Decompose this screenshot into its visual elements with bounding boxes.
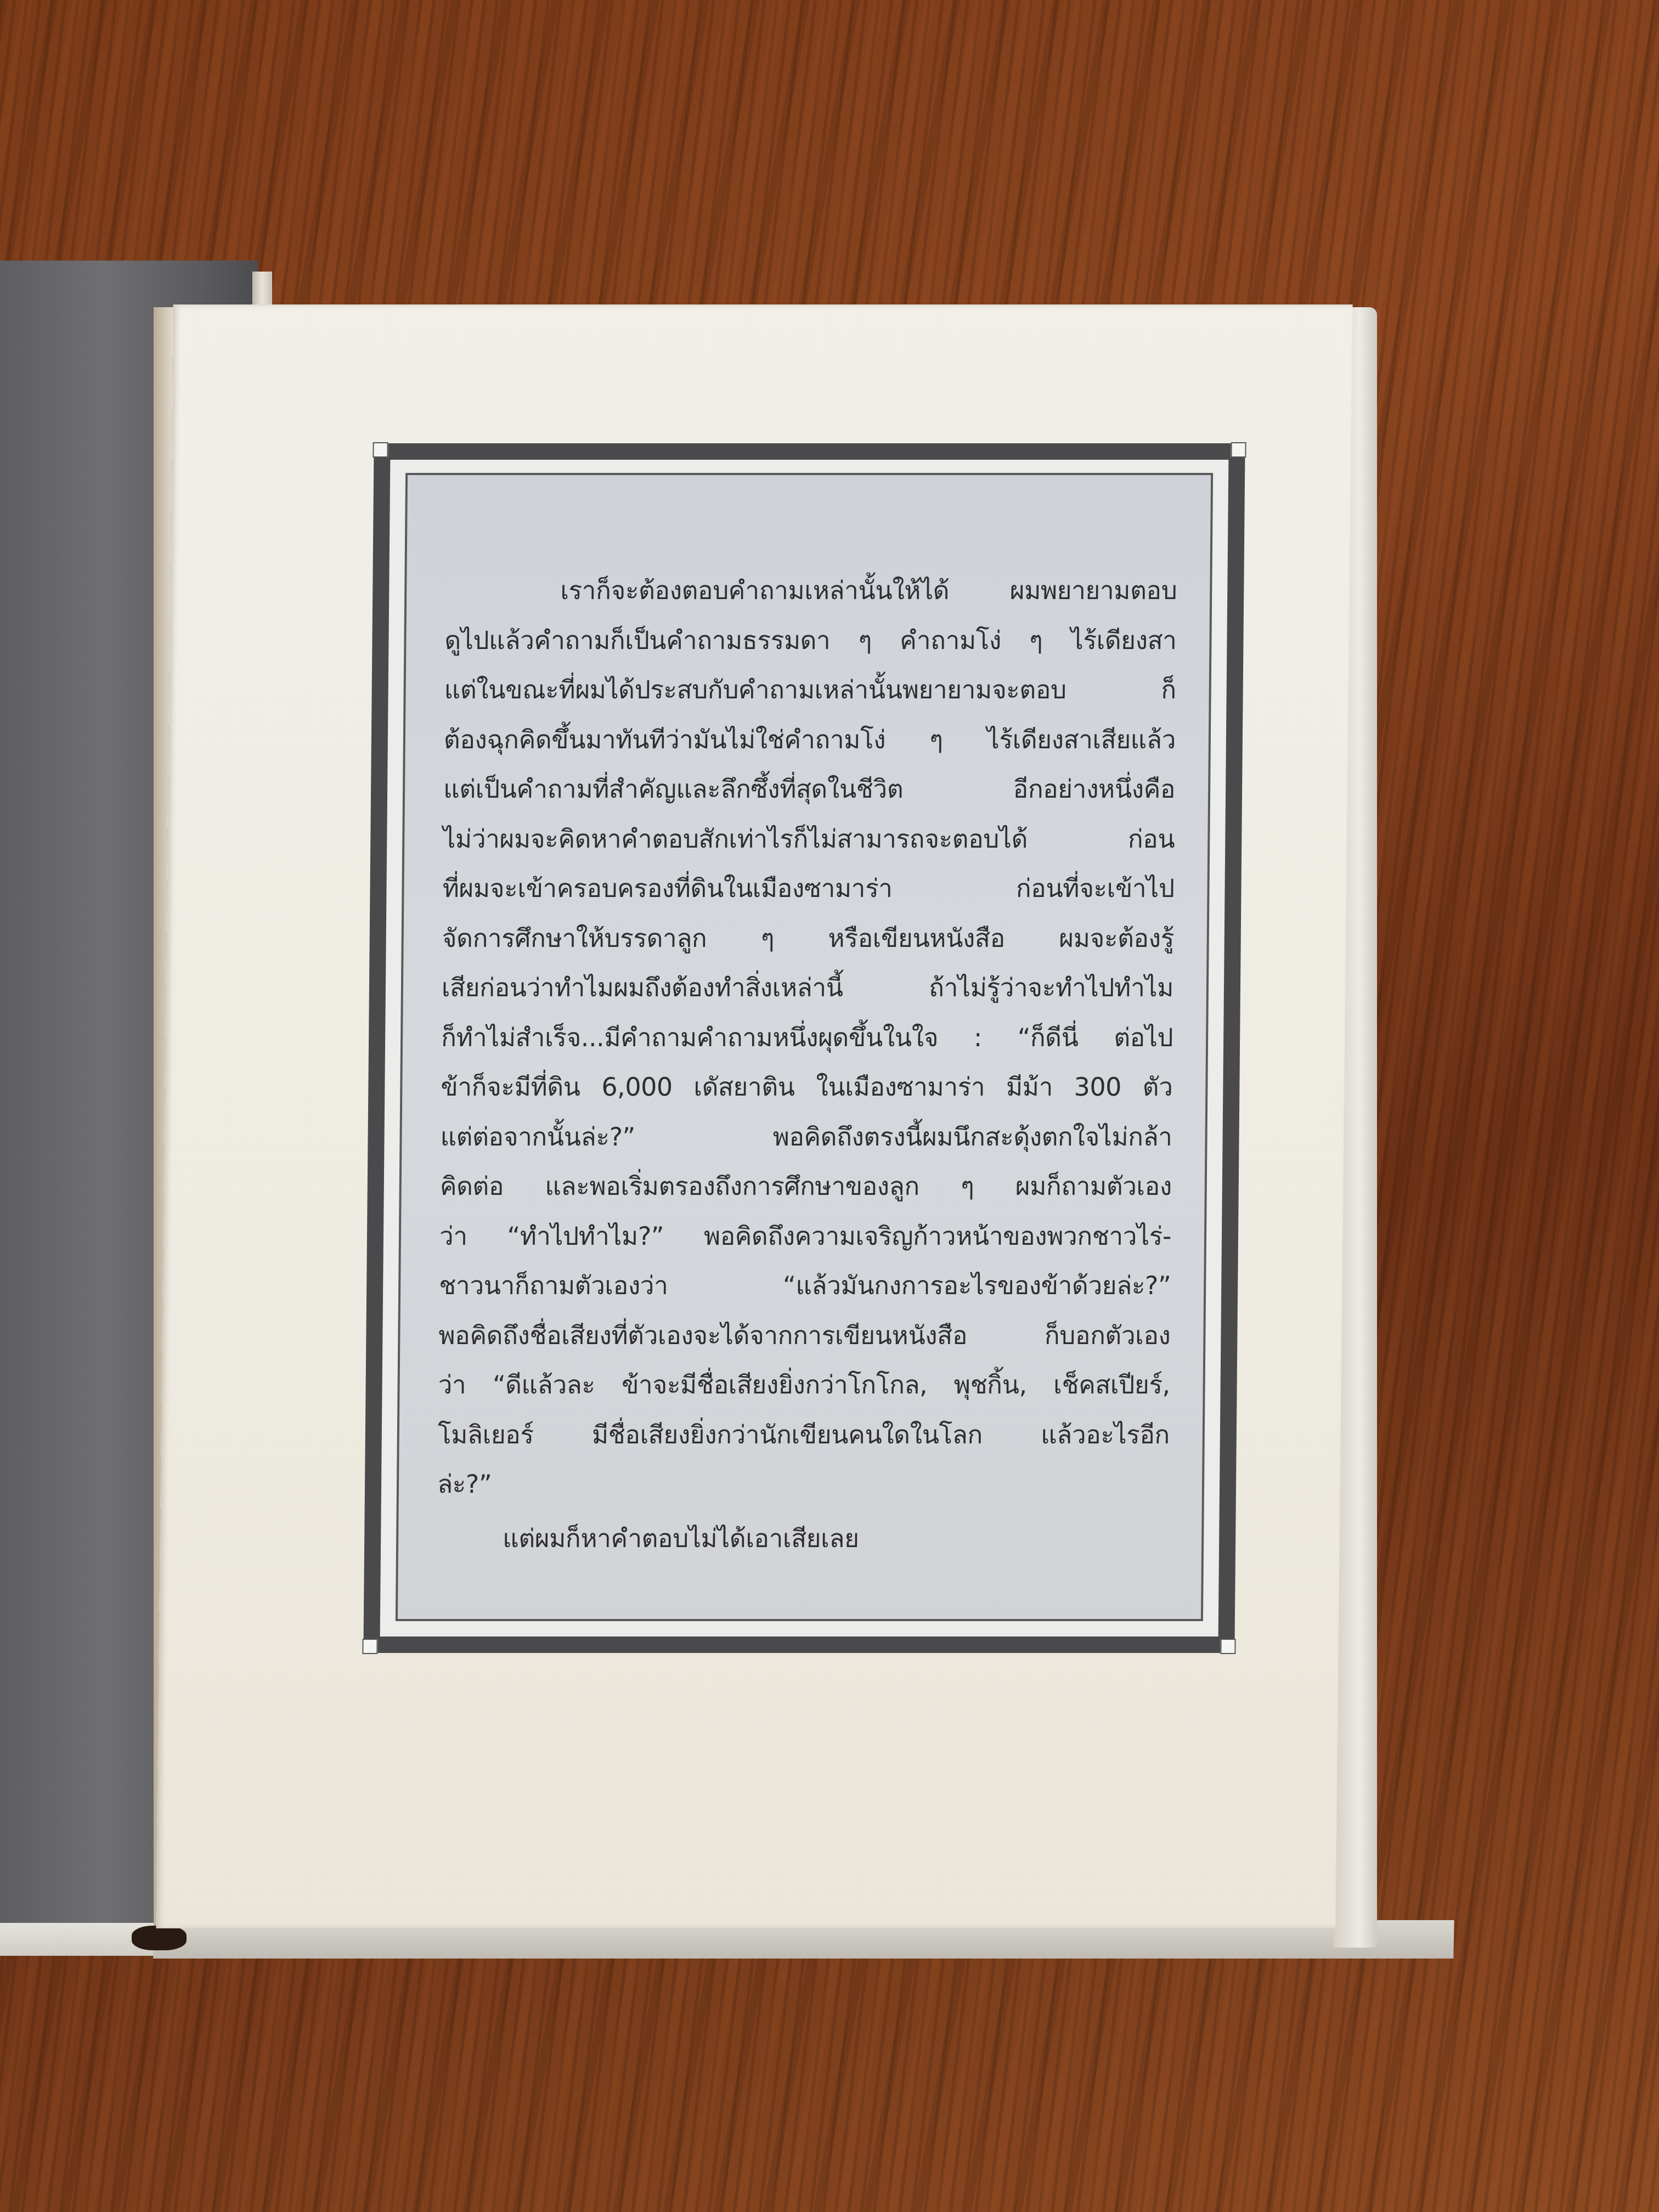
frame-white-band: เราก็จะต้องตอบคำถามเหล่านั้นให้ได้ ผมพยา… xyxy=(380,460,1229,1637)
passage-line: เสียก่อนว่าทำไมผมถึงต้องทำสิ่งเหล่านี้ ถ… xyxy=(442,963,1174,1013)
passage-line: ว่า “ดีแล้วละ ข้าจะมีชื่อเสียงยิ่งกว่าโก… xyxy=(438,1360,1170,1410)
passage-line: ที่ผมจะเข้าครอบครองที่ดินในเมืองซามาร่า … xyxy=(442,864,1175,913)
passage-line: ข้าก็จะมีที่ดิน 6,000 เดัสยาติน ในเมืองซ… xyxy=(441,1062,1173,1112)
passage-line: ไม่ว่าผมจะคิดหาคำตอบสักเท่าไรก็ไม่สามารถ… xyxy=(443,814,1175,864)
passage-line: ว่า “ทำไปทำไม?” พอคิดถึงความเจริญก้าวหน้… xyxy=(439,1211,1172,1261)
passage-line: ล่ะ?” xyxy=(437,1459,1170,1509)
passage-line: เราก็จะต้องตอบคำถามเหล่านั้นให้ได้ ผมพยา… xyxy=(445,566,1177,616)
frame-corner-square-icon xyxy=(362,1639,377,1654)
frame-corner-square-icon xyxy=(1220,1639,1235,1654)
passage-line: ต้องฉุกคิดขึ้นมาทันทีว่ามันไม่ใช่คำถามโง… xyxy=(444,715,1176,765)
passage-line: แต่ในขณะที่ผมได้ประสบกับคำถามเหล่านั้นพย… xyxy=(444,665,1176,715)
passage-line: ก็ทำไม่สำเร็จ...มีคำถามคำถามหนึ่งผุดขึ้น… xyxy=(441,1013,1173,1063)
passage-line: แต่เป็นคำถามที่สำคัญและลึกซึ้งที่สุดในชี… xyxy=(443,764,1176,814)
spine-damage xyxy=(132,1926,187,1950)
frame-corner-square-icon xyxy=(1231,442,1246,458)
passage-line: จัดการศึกษาให้บรรดาลูก ๆ หรือเขียนหนังสื… xyxy=(442,913,1174,963)
frame-text-panel: เราก็จะต้องตอบคำถามเหล่านั้นให้ได้ ผมพยา… xyxy=(396,473,1213,1621)
framed-passage: เราก็จะต้องตอบคำถามเหล่านั้นให้ได้ ผมพยา… xyxy=(437,566,1177,1563)
passage-line: คิดต่อ และพอเริ่มตรองถึงการศึกษาของลูก ๆ… xyxy=(439,1161,1172,1211)
passage-line: แต่ต่อจากนั้นล่ะ?” พอคิดถึงตรงนี้ผมนึกสะ… xyxy=(440,1112,1172,1162)
passage-line: พอคิดถึงชื่อเสียงที่ตัวเองจะได้จากการเขี… xyxy=(438,1311,1171,1361)
frame-corner-square-icon xyxy=(373,442,388,458)
decorative-frame: เราก็จะต้องตอบคำถามเหล่านั้นให้ได้ ผมพยา… xyxy=(363,443,1245,1653)
passage-line: ชาวนาก็ถามตัวเองว่า “แล้วมันกงการอะไรของ… xyxy=(439,1261,1171,1311)
passage-line: โมลิเยอร์ มีชื่อเสียงยิ่งกว่านักเขียนคนใ… xyxy=(437,1410,1170,1460)
closing-paragraph: แต่ผมก็หาคำตอบไม่ได้เอาเสียเลย xyxy=(437,1514,1169,1564)
passage-line: ดูไปแล้วคำถามก็เป็นคำถามธรรมดา ๆ คำถามโง… xyxy=(444,616,1177,665)
